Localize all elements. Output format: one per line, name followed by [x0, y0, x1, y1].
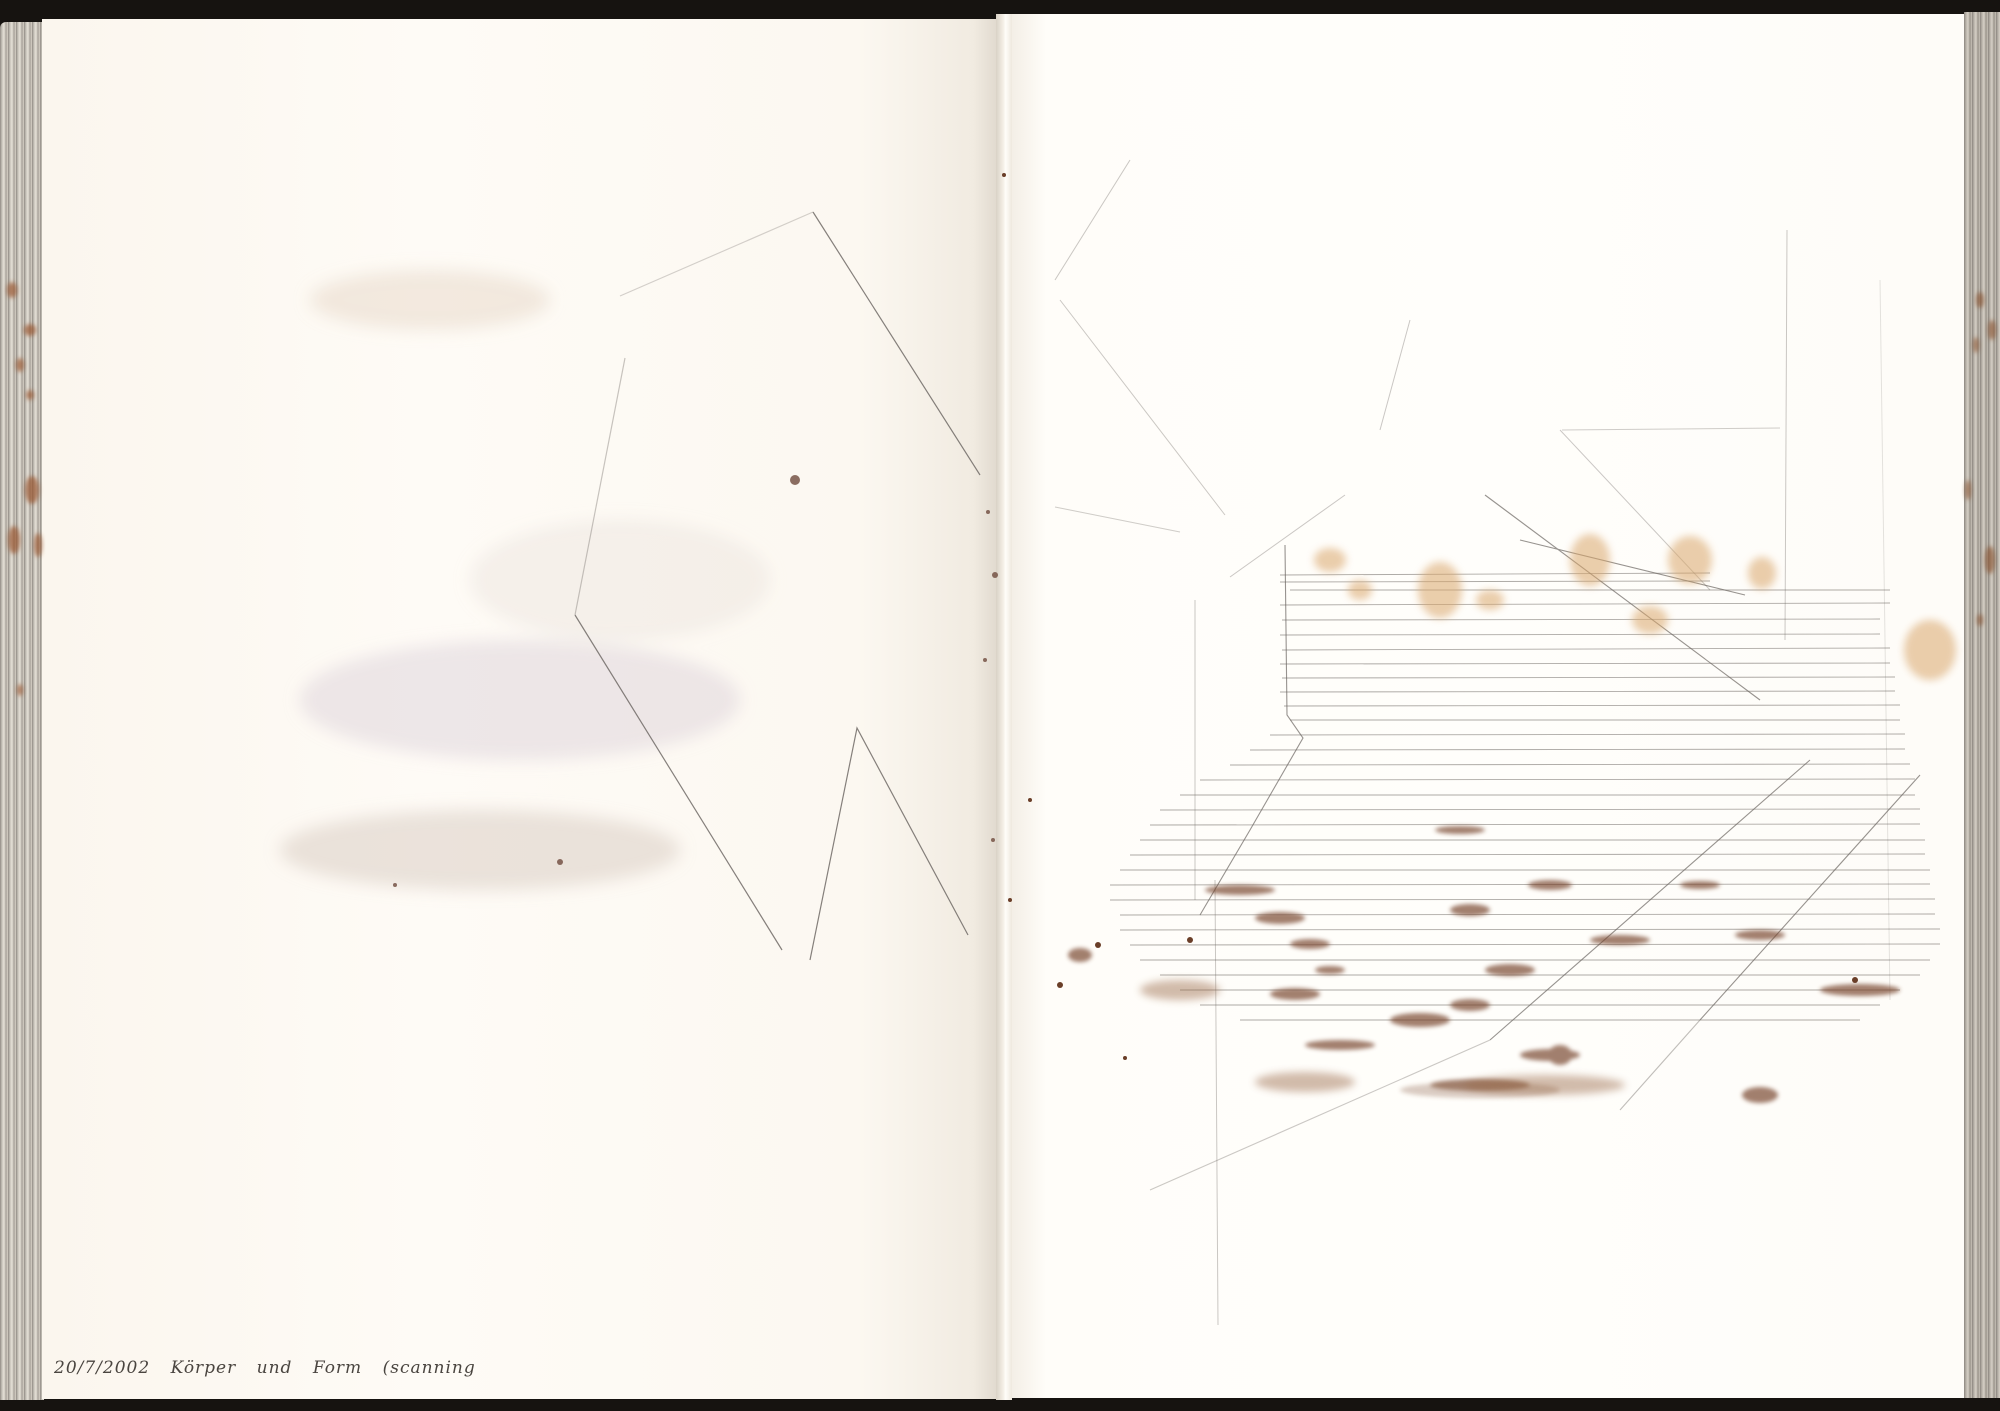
right-page-bottom-smear: [1140, 980, 1625, 1095]
right-page-flecks: [1002, 173, 1858, 1060]
right-page-rust-smears: [1068, 826, 1900, 1103]
drawing-layer: [0, 0, 2000, 1411]
sketchbook-spread: 20/7/2002 Körper und Form (scanning: [0, 0, 2000, 1411]
right-page-construction-lines: [1055, 160, 1890, 1325]
right-edge-stains: [1965, 292, 1996, 626]
left-page-smudges: [280, 270, 770, 890]
handwritten-caption: 20/7/2002 Körper und Form (scanning: [54, 1358, 476, 1378]
left-edge-stains: [7, 282, 42, 696]
right-page-hatching: [1110, 573, 1940, 1020]
